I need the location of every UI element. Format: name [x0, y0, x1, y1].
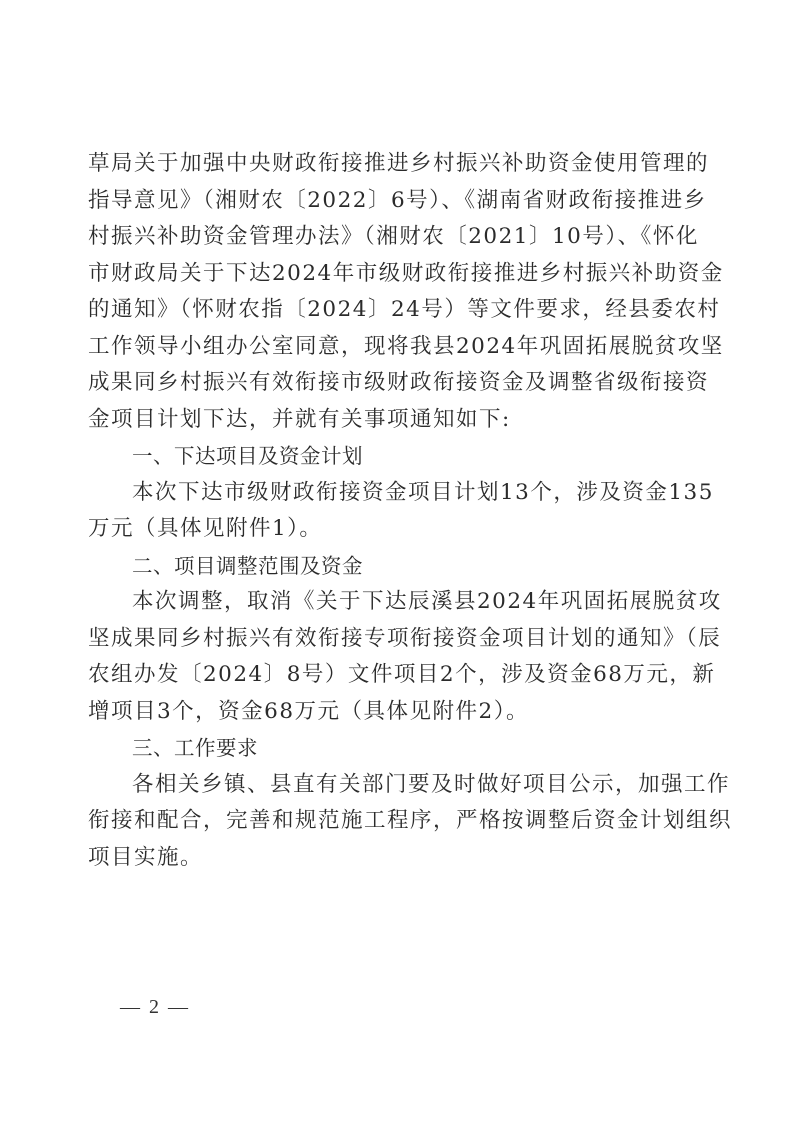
- text-line: 本次下达市级财政衔接资金项目计划13个，涉及资金135: [88, 475, 684, 512]
- text-line: 的通知》（怀财农指〔2024〕24号）等文件要求，经县委农村: [88, 292, 684, 329]
- document-page: 草局关于加强中央财政衔接推进乡村振兴补助资金使用管理的 指导意见》（湘财农〔20…: [0, 0, 793, 1122]
- intro-paragraph: 草局关于加强中央财政衔接推进乡村振兴补助资金使用管理的 指导意见》（湘财农〔20…: [88, 146, 684, 438]
- text-line: 增项目3个，资金68万元（具体见附件2）。: [88, 694, 684, 731]
- text-line: 工作领导小组办公室同意，现将我县2024年巩固拓展脱贫攻坚: [88, 329, 684, 366]
- text-line: 项目实施。: [88, 840, 684, 877]
- text-line: 金项目计划下达，并就有关事项通知如下:: [88, 402, 684, 439]
- text-line: 村振兴补助资金管理办法》（湘财农〔2021〕10号）、《怀化: [88, 219, 684, 256]
- text-line: 各相关乡镇、县直有关部门要及时做好项目公示，加强工作: [88, 767, 684, 804]
- text-line: 指导意见》（湘财农〔2022〕6号）、《湖南省财政衔接推进乡: [88, 183, 684, 220]
- text-line: 草局关于加强中央财政衔接推进乡村振兴补助资金使用管理的: [88, 146, 684, 183]
- text-line: 农组办发〔2024〕8号）文件项目2个，涉及资金68万元，新: [88, 657, 684, 694]
- document-body: 草局关于加强中央财政衔接推进乡村振兴补助资金使用管理的 指导意见》（湘财农〔20…: [88, 146, 684, 876]
- text-line: 衔接和配合，完善和规范施工程序，严格按调整后资金计划组织: [88, 803, 684, 840]
- text-line: 市财政局关于下达2024年市级财政衔接推进乡村振兴补助资金: [88, 256, 684, 293]
- text-line: 本次调整，取消《关于下达辰溪县2024年巩固拓展脱贫攻: [88, 584, 684, 621]
- section-2: 二、项目调整范围及资金 本次调整，取消《关于下达辰溪县2024年巩固拓展脱贫攻 …: [88, 548, 684, 731]
- section-3: 三、工作要求 各相关乡镇、县直有关部门要及时做好项目公示，加强工作 衔接和配合，…: [88, 730, 684, 876]
- text-line: 坚成果同乡村振兴有效衔接专项衔接资金项目计划的通知》（辰: [88, 621, 684, 658]
- section-heading: 三、工作要求: [88, 730, 684, 767]
- section-1: 一、下达项目及资金计划 本次下达市级财政衔接资金项目计划13个，涉及资金135 …: [88, 438, 684, 548]
- text-line: 成果同乡村振兴有效衔接市级财政衔接资金及调整省级衔接资: [88, 365, 684, 402]
- section-heading: 一、下达项目及资金计划: [88, 438, 684, 475]
- text-line: 万元（具体见附件1）。: [88, 511, 684, 548]
- section-heading: 二、项目调整范围及资金: [88, 548, 684, 585]
- page-number: — 2 —: [120, 996, 190, 1019]
